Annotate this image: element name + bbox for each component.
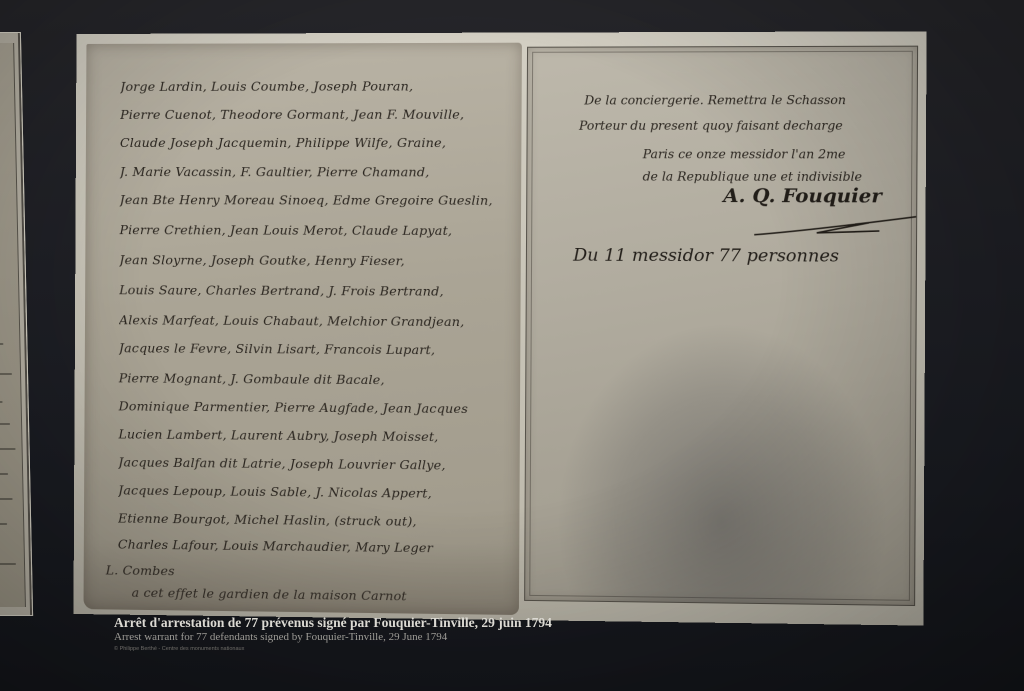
handwritten-line: Jorge Lardin, Louis Coumbe, Joseph Poura… <box>120 78 511 94</box>
document-mount: Jorge Lardin, Louis Coumbe, Joseph Poura… <box>73 31 926 625</box>
warrant-order-page: De la conciergerie. Remettra le Schasson… <box>524 46 918 606</box>
handwritten-line: Jacques Balfan dit Latrie, Joseph Louvri… <box>118 454 509 473</box>
warrant-name-list-page: Jorge Lardin, Louis Coumbe, Joseph Poura… <box>84 43 522 615</box>
handwritten-line: Jacques le Fevre, Silvin Lisart, Francoi… <box>119 340 510 357</box>
caption-title-english: Arrest warrant for 77 defendants signed … <box>114 631 552 643</box>
handwritten-line: Jean Sloyrne, Joseph Goutke, Henry Fiese… <box>119 252 510 268</box>
handwritten-line: Lucien Lambert, Laurent Aubry, Joseph Mo… <box>118 426 509 444</box>
handwritten-line: Pierre Crethien, Jean Louis Merot, Claud… <box>119 222 510 238</box>
caption-title-french: Arrêt d'arrestation de 77 prévenus signé… <box>114 615 552 631</box>
handwritten-line: J. Marie Vacassin, F. Gaultier, Pierre C… <box>120 164 511 179</box>
handwritten-line: Louis Saure, Charles Bertrand, J. Frois … <box>119 282 510 299</box>
adjacent-document-partial <box>0 32 33 616</box>
handwritten-line: de la Republique une et indivisible <box>643 169 862 183</box>
camera-shadow <box>556 321 889 606</box>
handwritten-line: Alexis Marfeat, Louis Chabaut, Melchior … <box>119 312 510 329</box>
photo-credit: © Philippe Berthé - Centre des monuments… <box>114 646 552 652</box>
docket-note: Du 11 messidor 77 personnes <box>573 245 839 266</box>
fouquier-tinville-signature: A. Q. Fouquier <box>723 185 882 208</box>
exhibit-caption: Arrêt d'arrestation de 77 prévenus signé… <box>114 615 552 652</box>
handwritten-line: Dominique Parmentier, Pierre Augfade, Je… <box>119 398 510 416</box>
handwritten-line: Pierre Mognant, J. Gombaule dit Bacale, <box>119 370 510 388</box>
handwritten-line: Paris ce onze messidor l'an 2me <box>643 147 846 161</box>
handwritten-line: De la conciergerie. Remettra le Schasson <box>584 93 846 108</box>
handwritten-line: Pierre Cuenot, Theodore Gormant, Jean F.… <box>120 107 511 122</box>
handwritten-line: Porteur du present quoy faisant decharge <box>579 118 843 132</box>
water-stain <box>84 539 520 615</box>
handwritten-line: Etienne Bourgot, Michel Haslin, (struck … <box>118 510 509 529</box>
handwritten-line: Jacques Lepoup, Louis Sable, J. Nicolas … <box>118 482 509 501</box>
signature-flourish-icon <box>744 212 918 239</box>
handwritten-line: Claude Joseph Jacquemin, Philippe Wilfe,… <box>120 135 511 150</box>
handwritten-line: Jean Bte Henry Moreau Sinoeq, Edme Grego… <box>120 192 511 208</box>
